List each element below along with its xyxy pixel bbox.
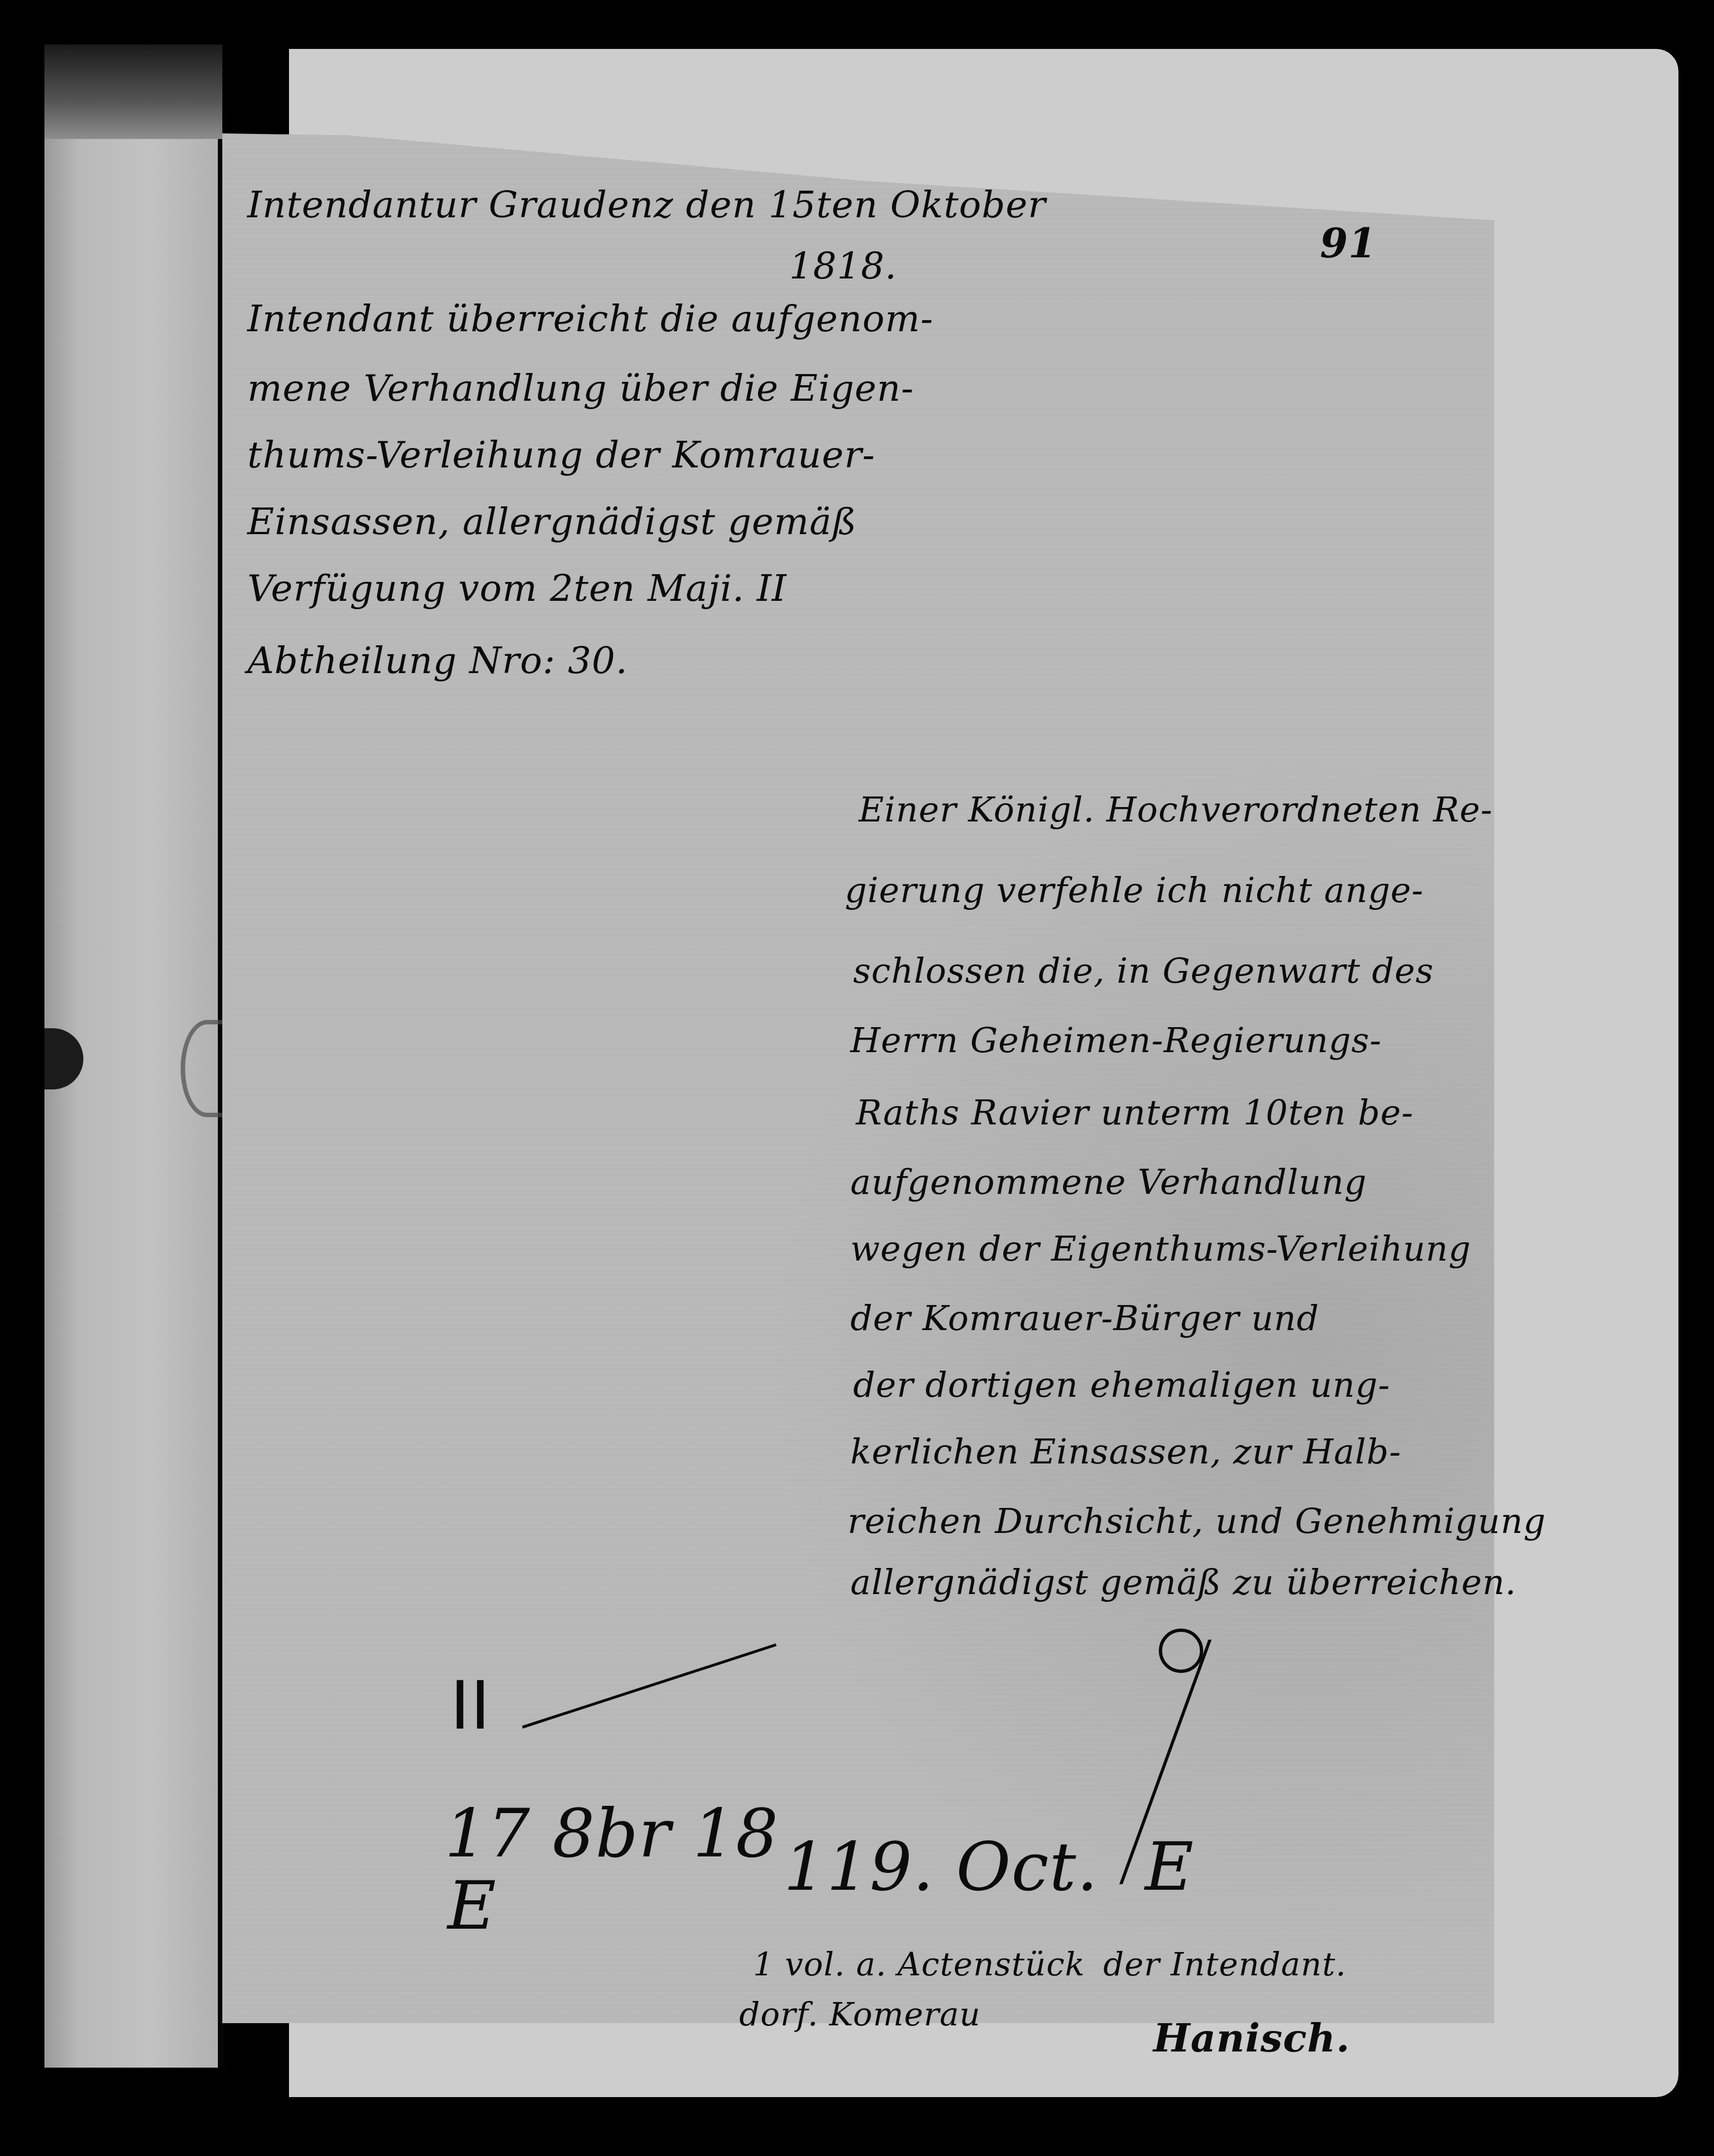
header-line: mene Verhandlung über die Eigen-: [247, 367, 914, 410]
spine-torn-top: [44, 44, 222, 139]
body-line: Einer Königl. Hochverordneten Re-: [859, 789, 1493, 830]
registration-number: 119. Oct.: [784, 1829, 1098, 1906]
header-year: 1818.: [789, 245, 897, 287]
header-line: thums-Verleihung der Komrauer-: [247, 434, 875, 476]
body-line: Raths Ravier unterm 10ten be-: [856, 1092, 1413, 1133]
header-line: Einsassen, allergnädigst gemäß: [247, 500, 857, 543]
margin-roman-mark: II: [450, 1667, 491, 1745]
margin-letter-mark: E: [447, 1868, 497, 1945]
body-line: gierung verfehle ich nicht ange-: [845, 870, 1424, 910]
paraphe-loop: [1159, 1629, 1203, 1673]
margin-note-line: dorf. Komerau: [739, 1995, 981, 2033]
body-line: kerlichen Einsassen, zur Halb-: [850, 1431, 1401, 1472]
body-line: der Komrauer-Bürger und: [850, 1298, 1319, 1338]
header-line: Abtheilung Nro: 30.: [247, 639, 628, 682]
header-line: Verfügung vom 2ten Maji. II: [247, 567, 787, 610]
body-line: allergnädigst gemäß zu überreichen.: [850, 1562, 1517, 1602]
body-line: aufgenommene Verhandlung: [850, 1162, 1367, 1202]
body-line: reichen Durchsicht, und Genehmigung: [848, 1501, 1546, 1541]
margin-note-line: 1 vol. a. Actenstück: [753, 1945, 1085, 1983]
scanned-document: 91 Intendantur Graudenz den 15ten Oktobe…: [0, 0, 1714, 2156]
header-line: Intendantur Graudenz den 15ten Oktober: [247, 183, 1046, 226]
registration-mark: E: [1145, 1829, 1194, 1906]
body-line: schlossen die, in Gegenwart des: [853, 950, 1434, 991]
body-line: wegen der Eigenthums-Verleihung: [850, 1228, 1471, 1269]
header-line: Intendant überreicht die aufgenom-: [247, 297, 933, 340]
body-line: Herrn Geheimen-Regierungs-: [850, 1020, 1382, 1060]
body-line: der dortigen ehemaligen ung-: [853, 1365, 1390, 1405]
folio-number: 91: [1320, 220, 1377, 267]
margin-date-note: 17 8br 18: [445, 1795, 779, 1873]
front-sheet: [222, 133, 1501, 2023]
closing-title: der Intendant.: [1103, 1945, 1347, 1983]
closing-signature: Hanisch.: [1153, 2015, 1350, 2061]
